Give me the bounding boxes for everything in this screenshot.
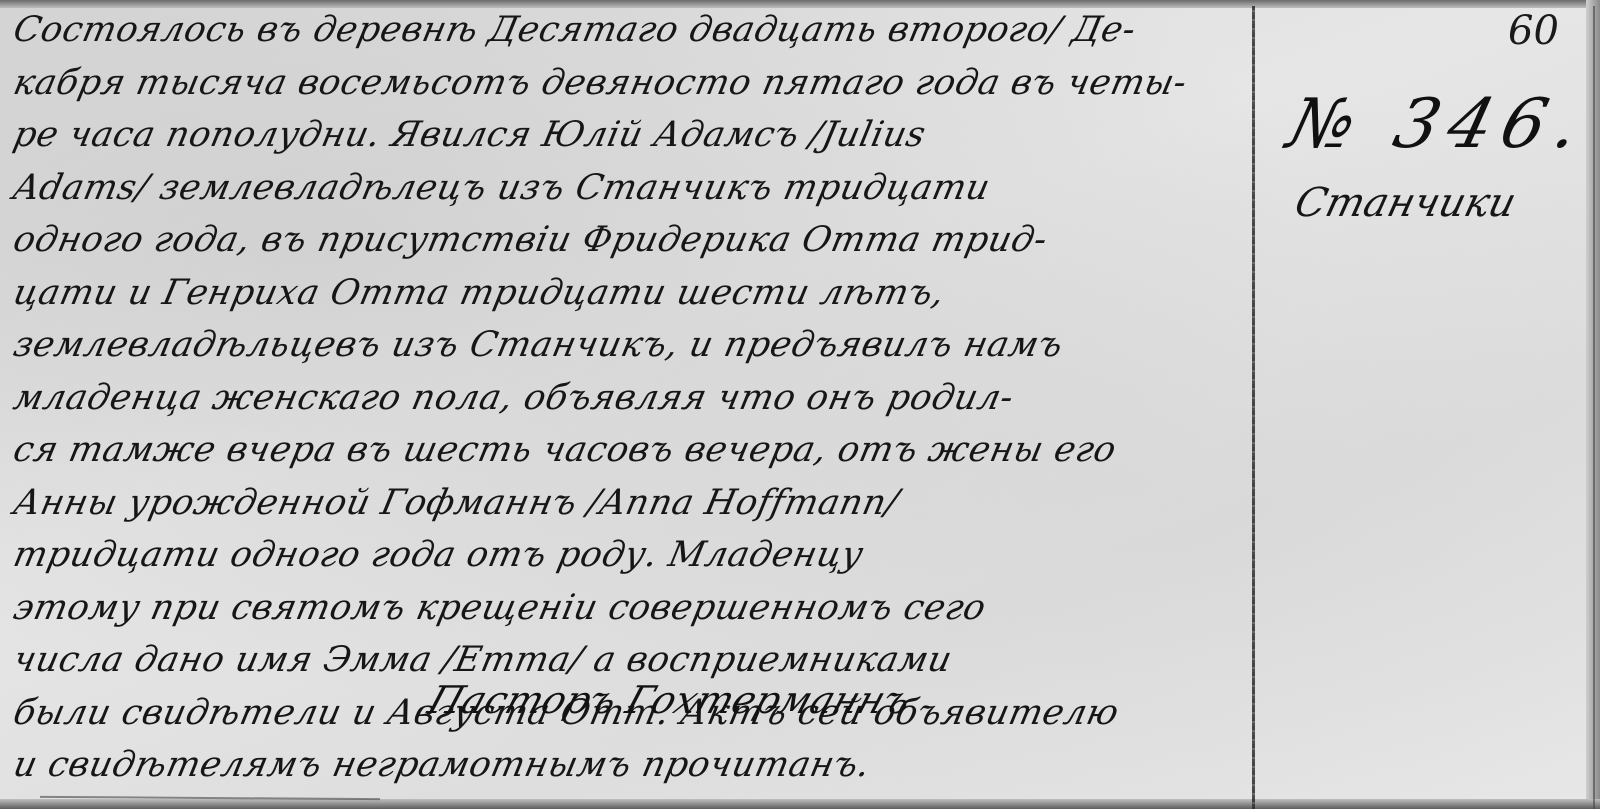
entry-body: Состоялось въ деревнѣ Десятаго двадцать … bbox=[14, 4, 1252, 792]
register-page: Состоялось въ деревнѣ Десятаго двадцать … bbox=[0, 0, 1600, 809]
village-name: Станчики bbox=[1290, 180, 1521, 226]
scan-bottom-edge bbox=[0, 799, 1600, 809]
entry-line: кабря тысяча восемьсотъ девяносто пятаго… bbox=[8, 57, 1257, 110]
entry-line: Анны урожденной Гофманнъ /Anna Hoffmann/ bbox=[8, 477, 1257, 530]
entry-line: ся тамже вчера въ шесть часовъ вечера, о… bbox=[8, 424, 1257, 477]
entry-line: тридцати одного года отъ роду. Младенцу bbox=[8, 529, 1257, 582]
entry-line: Состоялось въ деревнѣ Десятаго двадцать … bbox=[8, 4, 1257, 57]
entry-line: цати и Генриха Отта тридцати шести лѣтъ, bbox=[8, 267, 1257, 320]
entry-line: землевладѣльцевъ изъ Станчикъ, и предъяв… bbox=[8, 319, 1257, 372]
right-rule-line bbox=[1593, 6, 1595, 809]
entry-line: и свидѣтелямъ неграмотнымъ прочитанъ. bbox=[8, 739, 1257, 792]
entry-line: Adams/ землевладѣлецъ изъ Станчикъ тридц… bbox=[8, 162, 1257, 215]
entry-line: ре часа пополудни. Явился Юлій Адамсъ /J… bbox=[8, 109, 1257, 162]
entry-line: младенца женскаго пола, объявляя что онъ… bbox=[8, 372, 1257, 425]
page-number: 60 bbox=[1508, 8, 1559, 54]
entry-line: одного года, въ присутствіи Фридерика От… bbox=[8, 214, 1257, 267]
record-number: № 346. bbox=[1280, 85, 1597, 164]
pastor-signature: Пасторъ Гохтерманнъ bbox=[423, 678, 917, 722]
entry-line: этому при святомъ крещеніи совершенномъ … bbox=[8, 582, 1257, 635]
